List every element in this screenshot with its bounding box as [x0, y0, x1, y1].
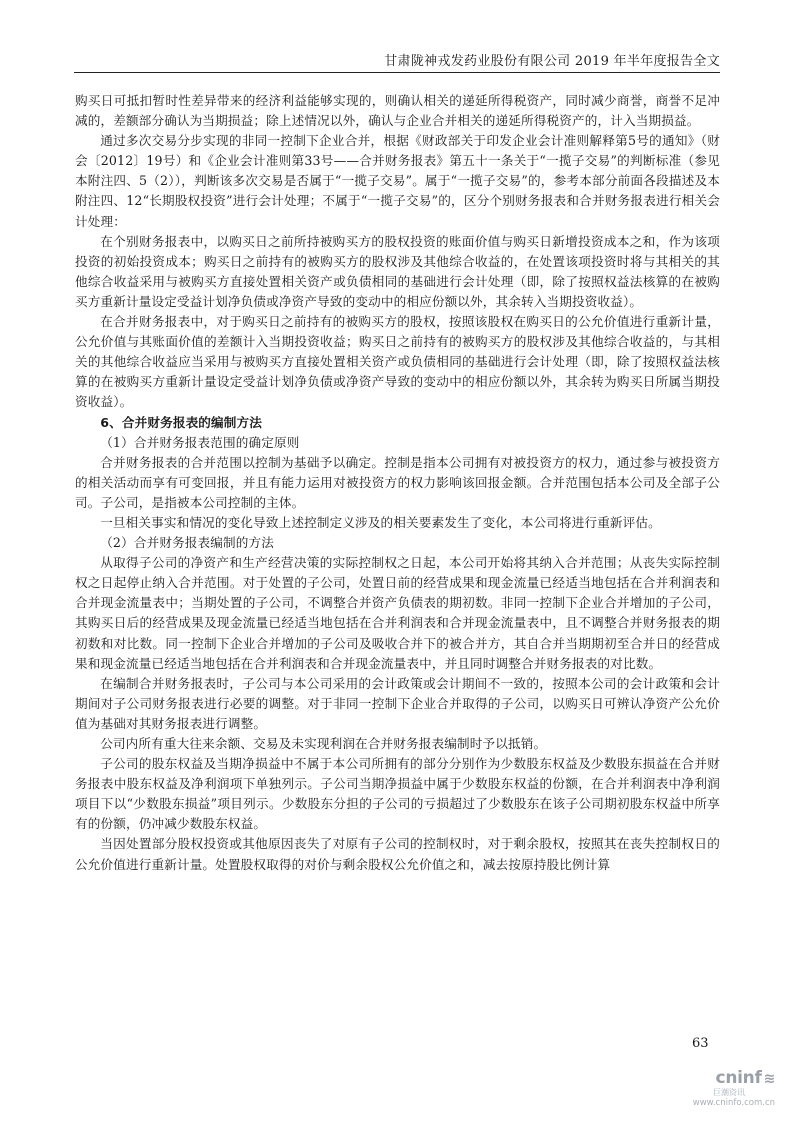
document-body: 购买日可抵扣暂时性差异带来的经济利益能够实现的，则确认相关的递延所得税资产，同时…: [75, 91, 720, 875]
header-divider: [74, 72, 720, 73]
watermark-url: www.cninfo.com.cn: [665, 1098, 775, 1109]
page-number: 63: [692, 1036, 709, 1051]
section-heading: 6、合并财务报表的编制方法: [75, 413, 720, 433]
paragraph: 从取得子公司的净资产和生产经营决策的实际控制权之日起，本公司开始将其纳入合并范围…: [75, 553, 720, 674]
paragraph: 合并财务报表的合并范围以控制为基础予以确定。控制是指本公司拥有对被投资方的权力，…: [75, 453, 720, 513]
cninfo-logo: cninf≋: [665, 1068, 775, 1088]
paragraph: 在合并财务报表中，对于购买日之前持有的被购买方的股权，按照该股权在购买日的公允价…: [75, 312, 720, 412]
paragraph: 通过多次交易分步实现的非同一控制下企业合并，根据《财政部关于印发企业会计准则解释…: [75, 131, 720, 231]
subsection-heading: （2）合并财务报表编制的方法: [75, 533, 720, 553]
watermark-chinese-name: 巨潮资讯: [665, 1088, 745, 1098]
cninfo-wave-icon: ≋: [764, 1071, 775, 1087]
paragraph: 在编制合并财务报表时，子公司与本公司采用的会计政策或会计期间不一致的，按照本公司…: [75, 674, 720, 734]
cninfo-watermark: cninf≋ 巨潮资讯 www.cninfo.com.cn: [665, 1068, 775, 1109]
paragraph: 在个别财务报表中，以购买日之前所持被购买方的股权投资的账面价值与购买日新增投资成…: [75, 232, 720, 312]
paragraph: 当因处置部分股权投资或其他原因丧失了对原有子公司的控制权时，对于剩余股权，按照其…: [75, 834, 720, 874]
paragraph: 购买日可抵扣暂时性差异带来的经济利益能够实现的，则确认相关的递延所得税资产，同时…: [75, 91, 720, 131]
subsection-heading: （1）合并财务报表范围的确定原则: [75, 433, 720, 453]
paragraph: 公司内所有重大往来余额、交易及未实现利润在合并财务报表编制时予以抵销。: [75, 734, 720, 754]
logo-text: cninf: [716, 1068, 762, 1088]
paragraph: 子公司的股东权益及当期净损益中不属于本公司所拥有的部分分别作为少数股东权益及少数…: [75, 754, 720, 834]
paragraph: 一旦相关事实和情况的变化导致上述控制定义涉及的相关要素发生了变化，本公司将进行重…: [75, 513, 720, 533]
report-header-title: 甘肃陇神戎发药业股份有限公司 2019 年半年度报告全文: [384, 50, 720, 69]
